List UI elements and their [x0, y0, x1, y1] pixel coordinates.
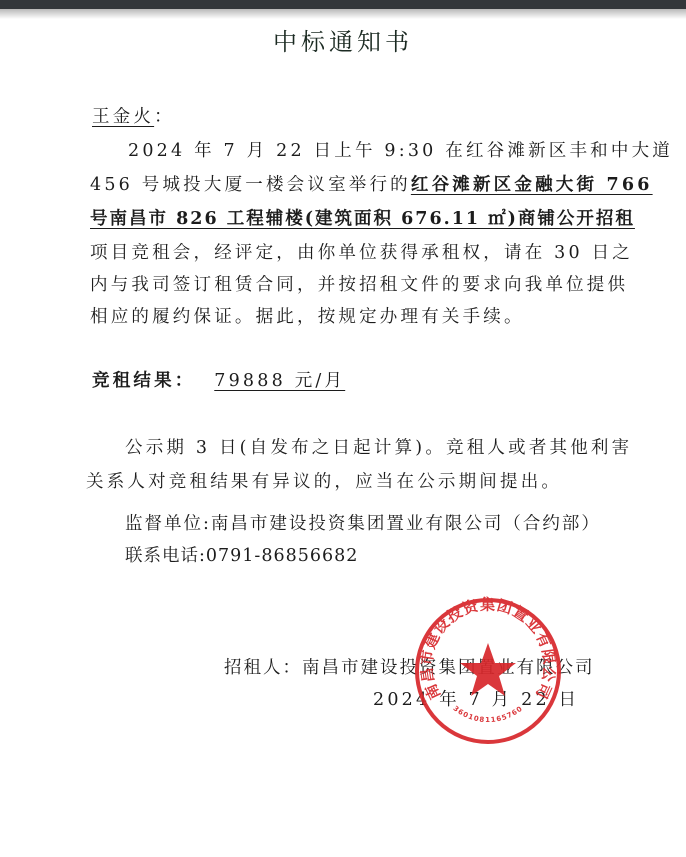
seal-code: 3601081165760: [451, 704, 524, 724]
body-line-2-plain: 456 号城投大厦一楼会议室举行的: [90, 175, 411, 195]
svg-text:3601081165760: 3601081165760: [451, 704, 524, 724]
body-line-2: 456 号城投大厦一楼会议室举行的红谷滩新区金融大街 766: [90, 171, 653, 196]
body-line-4: 项目竞租会，经评定，由你单位获得承租权，请在 30 日之: [90, 239, 633, 264]
result-value: 79888 元/月: [204, 371, 359, 391]
addressee-name: 王金火: [92, 107, 154, 127]
document-page: 中标通知书 王金火： 2024 年 7 月 22 日上午 9:30 在红谷滩新区…: [0, 0, 686, 857]
project-name-part2: 号南昌市 826 工程辅楼(建筑面积 676.11 ㎡)商铺公开招租: [90, 205, 635, 230]
company-seal-icon: 南昌市建设投资集团置业有限公司 3601081165760: [413, 596, 563, 746]
supervisor-line: 监督单位:南昌市建设投资集团置业有限公司（合约部）: [125, 510, 601, 535]
body-line-6: 相应的履约保证。据此，按规定办理有关手续。: [90, 303, 525, 328]
result-label: 竞租结果：: [92, 371, 196, 391]
body-line-1: 2024 年 7 月 22 日上午 9:30 在红谷滩新区丰和中大道: [128, 137, 673, 162]
notice-line-2: 关系人对竞租结果有异议的，应当在公示期间提出。: [86, 468, 562, 493]
addressee-colon: ：: [154, 107, 175, 127]
body-line-5: 内与我司签订租赁合同，并按招租文件的要求向我单位提供: [90, 271, 628, 296]
notice-line-1: 公示期 3 日(自发布之日起计算)。竞租人或者其他利害: [125, 434, 632, 459]
phone-line: 联系电话:0791-86856682: [125, 542, 358, 567]
document-title: 中标通知书: [0, 22, 686, 57]
result-line: 竞租结果： 79888 元/月: [92, 367, 359, 392]
addressee-line: 王金火：: [92, 103, 175, 128]
project-name-part1: 红谷滩新区金融大街 766: [411, 175, 653, 195]
